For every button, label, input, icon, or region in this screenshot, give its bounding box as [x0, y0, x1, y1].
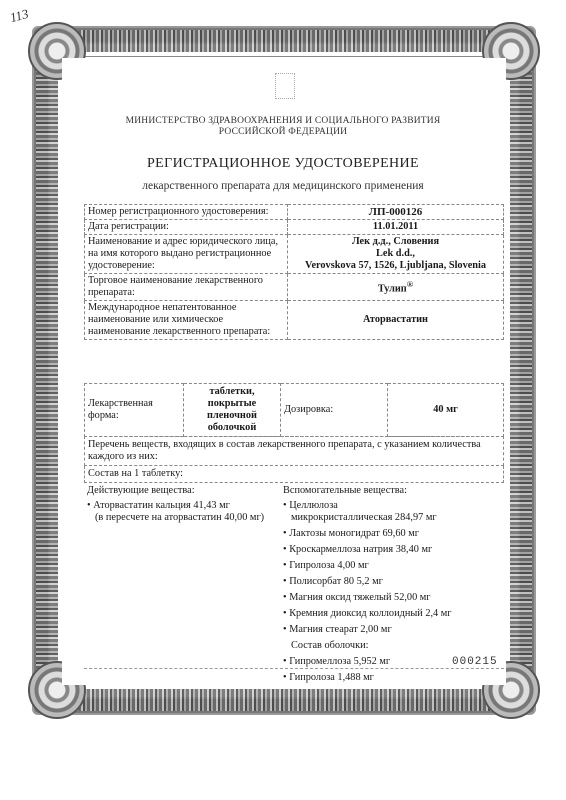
inn-value: Аторвастатин: [288, 301, 504, 340]
dosage-form-label: Лекарственная форма:: [85, 384, 184, 437]
table-row: Международное непатентованное наименован…: [85, 301, 504, 340]
registration-table: Номер регистрационного удостоверения: ЛП…: [84, 204, 504, 340]
reg-number-value: ЛП-000126: [288, 205, 504, 220]
frame-band-bottom: [74, 689, 494, 711]
holder-line-3: Verovskova 57, 1526, Ljubljana, Slovenia: [291, 260, 500, 272]
inn-label: Международное непатентованное наименован…: [85, 301, 288, 340]
excipient-line-cont: микрокристаллическая 284,97 мг: [283, 512, 501, 524]
active-item-line-2: (в пересчете на аторвастатин 40,00 мг): [87, 512, 283, 524]
handwritten-page-number: 113: [8, 6, 30, 26]
registered-mark: ®: [407, 279, 413, 289]
table-row: Лекарственная форма: таблетки, покрытые …: [85, 384, 504, 437]
list-item: Кремния диоксид коллоидный 2,4 мг: [283, 608, 501, 620]
active-substances: Действующие вещества: Аторвастатин кальц…: [87, 485, 283, 684]
list-item: Гипролоза 1,488 мг: [283, 672, 501, 684]
composition-columns: Действующие вещества: Аторвастатин кальц…: [84, 483, 504, 690]
list-item: Лактозы моногидрат 69,60 мг: [283, 528, 501, 540]
excipient-line: Целлюлоза: [283, 500, 501, 512]
list-item: Гипролоза 4,00 мг: [283, 560, 501, 572]
composition-per-unit: Состав на 1 таблетку:: [84, 466, 504, 483]
dosage-label: Дозировка:: [281, 384, 388, 437]
trade-name-value: Тулип®: [288, 274, 504, 301]
list-item: Полисорбат 80 5,2 мг: [283, 576, 501, 588]
reg-date-value: 11.01.2011: [288, 220, 504, 235]
reg-number-label: Номер регистрационного удостоверения:: [85, 205, 288, 220]
list-item: Кроскармеллоза натрия 38,40 мг: [283, 544, 501, 556]
composition-section: Перечень веществ, входящих в состав лека…: [84, 436, 504, 690]
state-emblem-icon: [275, 73, 295, 99]
active-heading: Действующие вещества:: [87, 485, 283, 497]
trade-name-text: Тулип: [378, 284, 407, 295]
dosage-form-line-3: пленочной: [187, 410, 277, 422]
list-item: Магния стеарат 2,00 мг: [283, 624, 501, 636]
dosage-form-table: Лекарственная форма: таблетки, покрытые …: [84, 383, 504, 437]
ministry-line-1: МИНИСТЕРСТВО ЗДРАВООХРАНЕНИЯ И СОЦИАЛЬНО…: [0, 116, 566, 127]
dosage-form-line-2: покрытые: [187, 398, 277, 410]
dosage-form-line-4: оболочкой: [187, 422, 277, 434]
excipients-heading: Вспомогательные вещества:: [283, 485, 501, 497]
document-subtitle: лекарственного препарата для медицинског…: [0, 180, 566, 192]
holder-value: Лек д.д., Словения Lek d.d., Verovskova …: [288, 235, 504, 274]
dosage-value: 40 мг: [388, 384, 504, 437]
dosage-form-line-1: таблетки,: [187, 386, 277, 398]
document-title: РЕГИСТРАЦИОННОЕ УДОСТОВЕРЕНИЕ: [0, 156, 566, 172]
table-row: Дата регистрации: 11.01.2011: [85, 220, 504, 235]
table-row: Номер регистрационного удостоверения: ЛП…: [85, 205, 504, 220]
list-item: Магния оксид тяжелый 52,00 мг: [283, 592, 501, 604]
coating-heading: Состав оболочки:: [283, 640, 501, 652]
trade-name-label: Торговое наименование лекарственного пре…: [85, 274, 288, 301]
bottom-divider: [84, 668, 504, 669]
active-item-line-1: Аторвастатин кальция 41,43 мг: [87, 500, 283, 512]
composition-intro: Перечень веществ, входящих в состав лека…: [84, 436, 504, 466]
ministry-heading: МИНИСТЕРСТВО ЗДРАВООХРАНЕНИЯ И СОЦИАЛЬНО…: [0, 116, 566, 138]
list-item: Целлюлоза микрокристаллическая 284,97 мг: [283, 500, 501, 524]
dosage-form-value: таблетки, покрытые пленочной оболочкой: [184, 384, 281, 437]
table-row: Наименование и адрес юридического лица, …: [85, 235, 504, 274]
reg-date-label: Дата регистрации:: [85, 220, 288, 235]
holder-line-2: Lek d.d.,: [291, 248, 500, 260]
excipients: Вспомогательные вещества: Целлюлоза микр…: [283, 485, 501, 684]
table-row: Торговое наименование лекарственного пре…: [85, 274, 504, 301]
holder-line-1: Лек д.д., Словения: [291, 236, 500, 248]
frame-band-top: [74, 30, 494, 52]
serial-number: 000215: [452, 656, 498, 668]
holder-label: Наименование и адрес юридического лица, …: [85, 235, 288, 274]
ministry-line-2: РОССИЙСКОЙ ФЕДЕРАЦИИ: [0, 127, 566, 138]
list-item: Аторвастатин кальция 41,43 мг (в пересче…: [87, 500, 283, 524]
